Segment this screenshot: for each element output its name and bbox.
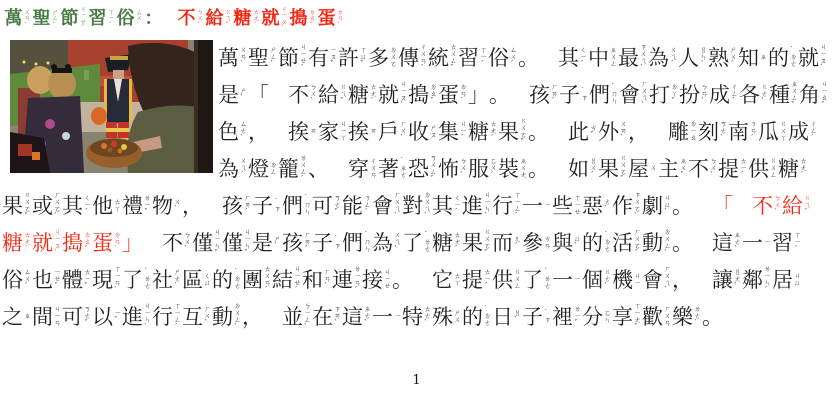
fullwidth-space	[203, 190, 222, 222]
hanzi: 。	[518, 47, 539, 69]
hanzi: 集	[438, 121, 459, 143]
ruby-char: 不ㄅㄨˋ	[162, 227, 192, 259]
hanzi: 給	[318, 84, 339, 106]
zhuyin-annotation: ㄨㄟˋ	[394, 232, 402, 253]
zhuyin-annotation: ㄊㄧˇ	[84, 269, 92, 290]
hanzi: 果	[2, 195, 23, 217]
hanzi: 裝	[498, 158, 519, 180]
ruby-char: 可ㄎㄜˇ	[312, 190, 342, 222]
ruby-char: 進ㄐㄧㄣˋ	[122, 301, 152, 333]
zhuyin-annotation: ㄅㄨˋ	[710, 158, 718, 179]
hanzi: 動	[642, 232, 663, 254]
ruby-char: 其ㄑㄧˊ	[62, 190, 92, 222]
ruby-char: 挨ㄞ	[288, 116, 318, 148]
fullwidth-space	[549, 116, 568, 148]
hanzi: 著	[378, 158, 399, 180]
zhuyin-annotation: ㄅㄢˋ	[701, 84, 709, 105]
ruby-char: 行ㄒㄧㄥˊ	[152, 301, 182, 333]
ruby-char: 各ㄍㄜˋ	[739, 79, 769, 111]
fullwidth-space	[263, 301, 282, 333]
ruby-char: 享ㄒㄧㄤˇ	[612, 301, 642, 333]
punctuation-char: 」	[468, 79, 489, 111]
hanzi: 子	[559, 84, 580, 106]
zhuyin-annotation: ㄧㄡˇ	[330, 47, 338, 68]
ruby-char: 孩ㄏㄞˊ	[529, 79, 559, 111]
ruby-char: 裝ㄓㄨㄤ	[498, 153, 528, 185]
zhuyin-annotation: ㄦˊ	[514, 236, 522, 250]
zhuyin-annotation: ㄊㄤˊ	[24, 232, 32, 253]
ruby-char: 不ㄅㄨˋ	[688, 153, 718, 185]
zhuyin-annotation: ㄌㄧㄢˊ	[354, 266, 362, 294]
zhuyin-annotation: ㄒㄧㄥˊ	[514, 192, 522, 220]
candy	[101, 143, 107, 149]
hanzi: 其	[432, 195, 453, 217]
ruby-char: 個ㄍㄜˋ	[582, 264, 612, 296]
ruby-char: 不ㄅㄨˋ	[288, 79, 318, 111]
ruby-char: 以ㄧˇ	[92, 301, 122, 333]
hanzi: ，	[248, 121, 269, 143]
punctuation-char: 。	[392, 264, 413, 296]
ruby-char: 動ㄉㄨㄥˋ	[642, 227, 672, 259]
ruby-char: 糖ㄊㄤˊ	[468, 116, 498, 148]
hanzi: 傳	[398, 47, 419, 69]
hanzi: 子	[252, 195, 273, 217]
hanzi: 作	[612, 195, 633, 217]
ruby-char: 成ㄔㄥˊ	[788, 116, 818, 148]
zhuyin-annotation: ㄔㄨㄢ	[370, 158, 378, 179]
hanzi: 。	[672, 195, 693, 217]
fullwidth-space	[269, 116, 288, 148]
ruby-char: 動ㄉㄨㄥˋ	[212, 301, 242, 333]
hanzi: 刻	[698, 121, 719, 143]
ruby-char: 習ㄒㄧˊ	[458, 42, 488, 74]
hanzi: 萬	[4, 9, 23, 28]
ruby-char: 惡ㄜˋ	[582, 190, 612, 222]
hanzi: 進	[122, 306, 143, 328]
zhuyin-annotation: ㄗㄨㄟˋ	[640, 44, 648, 72]
zhuyin-annotation: ㄨㄟˊ	[670, 47, 678, 68]
zhuyin-annotation: ㄏㄨㄟˋ	[641, 81, 649, 109]
zhuyin-annotation: ㄨ	[650, 165, 658, 172]
zhuyin-annotation: ㄊㄨㄢˊ	[264, 266, 272, 294]
hanzi: 的	[768, 47, 789, 69]
ruby-char: 糖ㄊㄤˊ	[2, 227, 32, 259]
hanzi: 孩	[222, 195, 243, 217]
ruby-char: 燈ㄉㄥ	[248, 153, 278, 185]
ruby-char: 子˙ㄗ	[252, 190, 282, 222]
ruby-char: 蛋ㄉㄢˋ	[92, 227, 122, 259]
hanzi: 糖	[348, 84, 369, 106]
ruby-char: 供ㄍㄨㄥ	[492, 264, 522, 296]
zhuyin-annotation: ㄕㄥˋ	[52, 9, 60, 29]
hanzi: 打	[649, 84, 670, 106]
zhuyin-annotation: ㄎㄜˋ	[720, 121, 728, 142]
zhuyin-annotation: ㄐㄧㄝˊ	[300, 44, 308, 72]
ruby-char: 不ㄅㄨˋ	[752, 190, 782, 222]
ruby-char: 就ㄐㄧㄡˋ	[378, 79, 408, 111]
hanzi: 禮	[122, 195, 143, 217]
zhuyin-annotation: ㄏㄞˊ	[304, 232, 312, 253]
ruby-char: 會ㄏㄨㄟˋ	[619, 79, 649, 111]
zhuyin-annotation: ㄔㄨㄢˊ	[420, 44, 428, 72]
zhuyin-annotation: ˙ㄌㄜ	[544, 269, 552, 290]
hanzi: 之	[2, 306, 23, 328]
ruby-char: 給ㄍㄟˇ	[782, 190, 812, 222]
hanzi: 這	[342, 306, 363, 328]
candy-bucket	[91, 107, 107, 125]
hanzi: 聖	[248, 47, 269, 69]
hanzi: 的	[582, 232, 603, 254]
hanzi: 參	[522, 232, 543, 254]
hanzi: 居	[772, 269, 793, 291]
hanzi: 體	[62, 269, 83, 291]
zhuyin-annotation: ㄍㄨㄛˇ	[620, 155, 628, 183]
hanzi: 一	[742, 232, 763, 254]
ruby-char: 就ㄐㄧㄡˋ	[798, 42, 828, 74]
hanzi: 一	[372, 306, 393, 328]
zhuyin-annotation: ㄉㄨㄥˋ	[664, 229, 672, 257]
hanzi: 其	[62, 195, 83, 217]
hanzi: 享	[612, 306, 633, 328]
zhuyin-annotation: ㄍㄜˋ	[604, 269, 612, 290]
hanzi: 屋	[628, 158, 649, 180]
hanzi: 可	[62, 306, 83, 328]
hanzi: 搗	[289, 9, 308, 28]
zhuyin-annotation: ㄐㄧㄠˇ	[821, 81, 829, 109]
zhuyin-annotation: ㄧ	[574, 276, 582, 283]
hanzi: 不	[752, 195, 773, 217]
zhuyin-annotation: ㄩˋ	[574, 236, 582, 250]
zhuyin-annotation: ㄙㄨˊ	[24, 269, 32, 290]
zhuyin-annotation: ㄧ	[394, 313, 402, 320]
hanzi: 裡	[552, 306, 573, 328]
punctuation-char: 「	[248, 79, 269, 111]
zhuyin-annotation: ㄓㄨㄥˇ	[791, 81, 799, 109]
ruby-char: 收ㄕㄡ	[408, 116, 438, 148]
zhuyin-annotation: ㄏㄞˊ	[551, 84, 559, 105]
hanzi: 社	[152, 269, 173, 291]
zhuyin-annotation: ㄉㄢˋ	[337, 9, 345, 29]
punctuation-char: 」	[122, 227, 143, 259]
zhuyin-annotation: ㄓㄨㄤ	[520, 158, 528, 179]
ruby-char: 扮ㄅㄢˋ	[679, 79, 709, 111]
zhuyin-annotation: ㄞ	[370, 128, 378, 135]
ruby-char: 穿ㄔㄨㄢ	[348, 153, 378, 185]
zhuyin-annotation: ˙ㄗ	[581, 88, 589, 102]
ruby-char: 成ㄔㄥˊ	[709, 79, 739, 111]
hanzi: 是	[218, 84, 239, 106]
zhuyin-annotation: ㄒㄧㄝ	[574, 195, 582, 216]
zhuyin-annotation: ㄖㄤˋ	[734, 269, 742, 290]
zhuyin-annotation: ㄌㄧˇ	[574, 306, 582, 327]
zhuyin-annotation: ㄈㄨˊ	[490, 158, 498, 179]
hanzi: 並	[282, 306, 303, 328]
ruby-char: 子˙ㄗ	[312, 227, 342, 259]
ruby-char: 了˙ㄌㄜ	[522, 264, 552, 296]
zhuyin-annotation: ㄊㄚ	[114, 199, 122, 213]
zhuyin-annotation: ㄅㄨˋ	[774, 195, 782, 216]
ruby-char: 外ㄨㄞˋ	[598, 116, 628, 148]
hanzi: 各	[739, 84, 760, 106]
zhuyin-annotation: ㄧㄝˇ	[54, 269, 62, 290]
hanzi: 。	[672, 232, 693, 254]
hanzi: 「	[712, 195, 733, 217]
ruby-char: 僅ㄐㄧㄣˇ	[192, 227, 222, 259]
zhuyin-annotation: ㄒㄩˇ	[360, 47, 368, 68]
ruby-char: 糖ㄊㄤˊ	[432, 227, 462, 259]
hanzi: 結	[272, 269, 293, 291]
ruby-char: 果ㄍㄨㄛˇ	[598, 153, 628, 185]
ruby-char: 刻ㄎㄜˋ	[698, 116, 728, 148]
zhuyin-annotation: ㄐㄧㄝˊ	[80, 6, 88, 32]
zhuyin-annotation: ㄍㄨㄛˇ	[484, 229, 492, 257]
hanzi: 籠	[278, 158, 299, 180]
zhuyin-annotation: ㄏㄨㄟˋ	[394, 192, 402, 220]
ruby-char: 熟ㄕㄨˊ	[708, 42, 738, 74]
hanzi: 孩	[282, 232, 303, 254]
ruby-char: 孩ㄏㄞˊ	[222, 190, 252, 222]
ruby-char: 節ㄐㄧㄝˊ	[60, 5, 88, 33]
zhuyin-annotation: ㄓ	[760, 54, 768, 61]
zhuyin-annotation: ㄏㄨㄛˊ	[634, 229, 642, 257]
hanzi: 機	[612, 269, 633, 291]
hanzi: 人	[678, 47, 699, 69]
hanzi: 子	[522, 306, 543, 328]
zhuyin-annotation: ˙ㄗ	[544, 310, 552, 324]
hanzi: 讓	[712, 269, 733, 291]
page-footer: 1	[0, 373, 833, 388]
zhuyin-annotation: ㄗㄞˋ	[334, 306, 342, 327]
ruby-char: 給ㄍㄟˇ	[205, 5, 233, 33]
zhuyin-annotation: ˙ㄉㄜ	[604, 232, 612, 253]
ruby-char: 此ㄘˇ	[568, 116, 598, 148]
zhuyin-annotation: ㄍㄨㄥ	[514, 269, 522, 290]
ruby-char: 果ㄍㄨㄛˇ	[498, 116, 528, 148]
zhuyin-annotation: ㄉㄠˇ	[430, 84, 438, 105]
zhuyin-annotation: ㄍㄟˇ	[804, 195, 812, 216]
hanzi: 不	[288, 84, 309, 106]
hanzi: 和	[302, 269, 323, 291]
ruby-char: 現ㄒㄧㄢˋ	[92, 264, 122, 296]
ruby-char: 給ㄍㄟˇ	[318, 79, 348, 111]
zhuyin-annotation: ㄐㄧㄡˋ	[820, 44, 828, 72]
ruby-char: 習ㄒㄧˊ	[772, 227, 802, 259]
hanzi: 區	[182, 269, 203, 291]
zhuyin-annotation: ㄊㄜˋ	[424, 306, 432, 327]
ruby-char: 這ㄓㄜˋ	[712, 227, 742, 259]
fullwidth-space	[163, 5, 177, 33]
hanzi: 歡	[642, 306, 663, 328]
hanzi: 習	[458, 47, 479, 69]
hanzi: 如	[568, 158, 589, 180]
ruby-char: 蛋ㄉㄢˋ	[317, 5, 345, 33]
zhuyin-annotation: ㄑㄧˊ	[580, 47, 588, 68]
zhuyin-annotation: ㄔㄥˊ	[731, 84, 739, 105]
hanzi: 就	[261, 9, 280, 28]
punctuation-char: 。	[528, 153, 549, 185]
ruby-char: 會ㄏㄨㄟˋ	[642, 264, 672, 296]
zhuyin-annotation: ㄌㄧˇ	[144, 195, 152, 216]
hanzi: 此	[568, 121, 589, 143]
zhuyin-annotation: ㄐㄧㄣˋ	[484, 192, 492, 220]
ruby-char: 會ㄏㄨㄟˋ	[372, 190, 402, 222]
hanzi: 為	[372, 232, 393, 254]
ruby-char: 居ㄐㄩ	[772, 264, 802, 296]
fullwidth-space	[413, 264, 432, 296]
punctuation-char: 、	[308, 153, 329, 185]
zhuyin-annotation: ㄉㄥ	[270, 162, 278, 176]
zhuyin-annotation: ㄊㄚ	[454, 273, 462, 287]
ruby-char: 它ㄊㄚ	[432, 264, 462, 296]
zhuyin-annotation: ㄎㄜˇ	[334, 195, 342, 216]
ruby-char: 鄰ㄌㄧㄣˊ	[742, 264, 772, 296]
zhuyin-annotation: ㄐㄧㄝˊ	[294, 266, 302, 294]
hanzi: 了	[522, 269, 543, 291]
hanzi: 糖	[233, 9, 252, 28]
hanzi: 最	[618, 47, 639, 69]
zhuyin-annotation: ˙ㄇㄣ	[611, 84, 619, 105]
ruby-char: 搗ㄉㄠˇ	[408, 79, 438, 111]
ruby-char: 集ㄐㄧˊ	[438, 116, 468, 148]
ruby-char: 機ㄐㄧ	[612, 264, 642, 296]
hanzi: 俗	[488, 47, 509, 69]
hanzi: 的	[462, 306, 483, 328]
ruby-char: 劇ㄐㄩˋ	[642, 190, 672, 222]
hanzi: 為	[648, 47, 669, 69]
ruby-char: 俗ㄙㄨˊ	[488, 42, 518, 74]
ruby-char: 能ㄋㄥˊ	[342, 190, 372, 222]
hanzi: ，	[672, 269, 693, 291]
ruby-char: 的˙ㄉㄜ	[462, 301, 492, 333]
hanzi: 挨	[348, 121, 369, 143]
hanzi: 接	[362, 269, 383, 291]
hanzi: 行	[152, 306, 173, 328]
ruby-char: 有ㄧㄡˇ	[308, 42, 338, 74]
ruby-char: 怖ㄅㄨˋ	[438, 153, 468, 185]
zhuyin-annotation: ㄊㄧˊ	[740, 158, 748, 179]
hanzi: 俗	[2, 269, 23, 291]
hanzi: 其	[558, 47, 579, 69]
zhuyin-annotation: ㄉㄠˇ	[84, 232, 92, 253]
hanzi: 糖	[432, 232, 453, 254]
hanzi: 蛋	[438, 84, 459, 106]
ruby-char: 傳ㄔㄨㄢˊ	[398, 42, 428, 74]
ruby-char: 些ㄒㄧㄝ	[552, 190, 582, 222]
ruby-char: 聖ㄕㄥˋ	[248, 42, 278, 74]
zhuyin-annotation: ˙ㄌㄜ	[144, 269, 152, 290]
hanzi: 「	[248, 84, 269, 106]
zhuyin-annotation: ㄍㄨㄚ	[780, 121, 788, 142]
zhuyin-annotation: ㄍㄨㄥ	[770, 158, 778, 179]
hanzi: 分	[582, 306, 603, 328]
hanzi: 個	[582, 269, 603, 291]
hanzi: 節	[60, 9, 79, 28]
fullwidth-space	[693, 264, 712, 296]
hanzi: 也	[32, 269, 53, 291]
hanzi: 會	[619, 84, 640, 106]
zhuyin-annotation: ㄊㄤˊ	[253, 9, 261, 29]
punctuation-char: ，	[672, 264, 693, 296]
ruby-char: 搗ㄉㄠˇ	[62, 227, 92, 259]
zhuyin-annotation: ㄕㄥˋ	[270, 47, 278, 68]
hanzi: 它	[432, 269, 453, 291]
fullwidth-space	[693, 190, 712, 222]
zhuyin-annotation: ㄅㄨˋ	[184, 232, 192, 253]
zhuyin-annotation: ㄏㄨㄟˋ	[664, 266, 672, 294]
hanzi: 糖	[2, 232, 23, 254]
hanzi: 搗	[408, 84, 429, 106]
zhuyin-annotation: ㄊㄤˊ	[800, 158, 808, 179]
zhuyin-annotation: ㄋㄢˊ	[750, 121, 758, 142]
hanzi: 外	[598, 121, 619, 143]
ruby-char: 一ㄧ	[552, 264, 582, 296]
zhuyin-annotation: ㄉㄧㄠ	[690, 121, 698, 142]
hanzi: 物	[152, 195, 173, 217]
zhuyin-annotation: ㄏㄨˋ	[400, 121, 408, 142]
fullwidth-space	[269, 79, 288, 111]
hanzi: 。	[489, 84, 510, 106]
zhuyin-annotation: ㄖㄨˊ	[590, 158, 598, 179]
zhuyin-annotation: ㄔㄥˊ	[810, 121, 818, 142]
hanzi: 主	[658, 158, 679, 180]
hanzi: 蛋	[92, 232, 113, 254]
ruby-char: 並ㄅㄧㄥˋ	[282, 301, 312, 333]
fullwidth-space	[143, 227, 162, 259]
ruby-char: 樂ㄌㄜˋ	[672, 301, 702, 333]
ruby-char: 物ㄨˋ	[152, 190, 182, 222]
hanzi: 成	[709, 84, 730, 106]
hanzi: 給	[782, 195, 803, 217]
zhuyin-annotation: ㄐㄩ	[794, 273, 802, 287]
ruby-char: 參ㄘㄢ	[522, 227, 552, 259]
hanzi: 、	[308, 158, 329, 180]
hanzi: 日	[492, 306, 513, 328]
hanzi: ，	[242, 306, 263, 328]
hanzi: 們	[282, 195, 303, 217]
zhuyin-annotation: ㄊㄤˊ	[370, 84, 378, 105]
hanzi: 活	[612, 232, 633, 254]
document-page: 萬ㄨㄢˋ聖ㄕㄥˋ節ㄐㄧㄝˊ習ㄒㄧˊ俗ㄙㄨˊ：不ㄅㄨˋ給ㄍㄟˇ糖ㄊㄤˊ就ㄐㄧㄡˋ搗…	[0, 0, 833, 396]
ruby-char: 一ㄧ	[372, 301, 402, 333]
zhuyin-annotation: ㄨㄢˋ	[240, 47, 248, 68]
ruby-char: 萬ㄨㄢˋ	[218, 42, 248, 74]
ruby-char: 日ㄖˋ	[492, 301, 522, 333]
ruby-char: 團ㄊㄨㄢˊ	[242, 264, 272, 296]
zhuyin-annotation: ㄕㄨˊ	[730, 47, 738, 68]
hanzi: 節	[278, 47, 299, 69]
ruby-char: 接ㄐㄧㄝ	[362, 264, 392, 296]
ruby-char: 是ㄕˋ	[252, 227, 282, 259]
hanzi: 搗	[62, 232, 83, 254]
ruby-char: 果ㄍㄨㄛˇ	[462, 227, 492, 259]
zhuyin-annotation: ˙ㄓㄜ	[400, 158, 408, 179]
ruby-char: 讓ㄖㄤˋ	[712, 264, 742, 296]
ruby-char: 屋ㄨ	[628, 153, 658, 185]
hanzi: 熟	[708, 47, 729, 69]
zhuyin-annotation: ㄐㄧㄡˋ	[400, 81, 408, 109]
ruby-char: 萬ㄨㄢˋ	[4, 5, 32, 33]
hanzi: 能	[342, 195, 363, 217]
zhuyin-annotation: ㄌㄨㄥˊ	[300, 155, 308, 183]
zhuyin-annotation: ㄘㄢ	[544, 236, 552, 250]
ruby-char: 們˙ㄇㄣ	[589, 79, 619, 111]
ruby-char: 聖ㄕㄥˋ	[32, 5, 60, 33]
hanzi: 有	[308, 47, 329, 69]
zhuyin-annotation: ˙ㄉㄜ	[234, 269, 242, 290]
ruby-char: 就ㄐㄧㄡˋ	[261, 5, 289, 33]
zhuyin-annotation: ㄐㄧ	[634, 273, 642, 287]
zhuyin-annotation: ㄐㄧㄝ	[384, 269, 392, 290]
